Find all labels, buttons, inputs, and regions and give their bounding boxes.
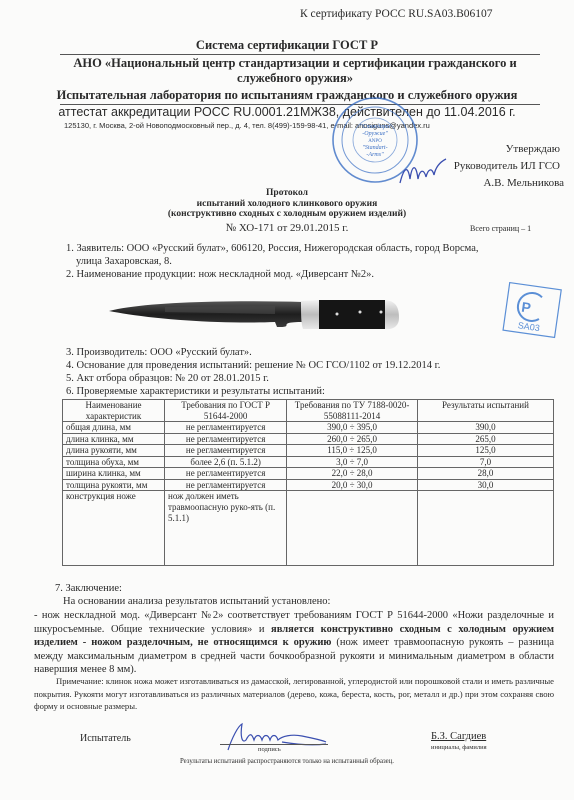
conclusion-intro: На основании анализа результатов испытан… xyxy=(63,596,330,607)
certificate-reference: К сертификату РОСС RU.SA03.B06107 xyxy=(300,8,493,20)
item-list-bottom: 3. Производитель: ООО «Русский булат». 4… xyxy=(66,346,556,398)
svg-text:-Оружие": -Оружие" xyxy=(362,131,388,137)
result-cell: 265,0 xyxy=(417,433,553,445)
result-cell: 125,0 xyxy=(417,445,553,457)
tu-requirement-cell: 390,0 ÷ 395,0 xyxy=(287,422,418,434)
tu-requirement-cell: 115,0 ÷ 125,0 xyxy=(287,445,418,457)
table-row: длина клинка, ммне регламентируется260,0… xyxy=(63,433,554,445)
protocol-subtitle-2: (конструктивно сходных с холодным оружие… xyxy=(0,209,574,220)
table-row: длина рукояти, ммне регламентируется115,… xyxy=(63,445,554,457)
tester-label: Испытатель xyxy=(80,733,131,744)
gost-requirement-cell: более 2,6 (п. 5.1.2) xyxy=(165,456,287,468)
signature-caption: подпись xyxy=(258,746,281,753)
gost-requirement-cell: не регламентируется xyxy=(165,433,287,445)
certification-system-title: Система сертификации ГОСТ Р xyxy=(0,38,574,53)
column-header: Требования по ГОСТ Р 51644-2000 xyxy=(165,400,287,422)
svg-text:ANPO: ANPO xyxy=(368,139,382,144)
sampling-item: 5. Акт отбора образцов: № 20 от 28.01.20… xyxy=(66,372,556,385)
table-header-row: Наименование характеристик Требования по… xyxy=(63,400,554,422)
header-rule xyxy=(60,54,540,55)
manufacturer-item: 3. Производитель: ООО «Русский булат». xyxy=(66,346,556,359)
result-cell: 390,0 xyxy=(417,422,553,434)
accreditation-line: аттестат аккредитации РОСС RU.0001.21МЖ3… xyxy=(0,105,574,119)
tu-requirement-cell: 20,0 ÷ 30,0 xyxy=(287,479,418,491)
svg-text:P: P xyxy=(520,299,531,316)
gost-requirement-cell: не регламентируется xyxy=(165,468,287,480)
gost-requirement-cell: не регламентируется xyxy=(165,479,287,491)
gost-requirement-cell: не регламентируется xyxy=(165,445,287,457)
tu-requirement-cell: 3,0 ÷ 7,0 xyxy=(287,456,418,468)
result-cell xyxy=(417,491,553,566)
column-header: Требования по ТУ 7188-0020-55088111-2014 xyxy=(287,400,418,422)
characteristic-cell: длина рукояти, мм xyxy=(63,445,165,457)
basis-item: 4. Основание для проведения испытаний: р… xyxy=(66,359,556,372)
applicant-item-cont: улица Захаровская, 8. xyxy=(66,255,556,268)
tester-name-caption: инициалы, фамилия xyxy=(431,744,487,751)
tester-name: Б.З. Сагдиев xyxy=(431,731,486,742)
product-item: 2. Наименование продукции: нож нескладно… xyxy=(66,268,556,281)
column-header: Результаты испытаний xyxy=(417,400,553,422)
item-list-top: 1. Заявитель: ООО «Русский булат», 60612… xyxy=(66,242,556,281)
table-row: конструкция ноженож должен иметь травмоо… xyxy=(63,491,554,566)
table-row: общая длина, ммне регламентируется390,0 … xyxy=(63,422,554,434)
specs-table: Наименование характеристик Требования по… xyxy=(62,399,554,566)
gost-mark-code: SA03 xyxy=(517,320,540,333)
tu-requirement-cell xyxy=(287,491,418,566)
applicant-item: 1. Заявитель: ООО «Русский булат», 60612… xyxy=(66,242,556,255)
characteristic-cell: толщина обуха, мм xyxy=(63,456,165,468)
result-cell: 28,0 xyxy=(417,468,553,480)
characteristic-cell: ширина клинка, мм xyxy=(63,468,165,480)
signature-line xyxy=(220,744,328,745)
stamp-text: "Стандарт xyxy=(360,123,391,130)
tested-item: 6. Проверяемые характеристики и результа… xyxy=(66,385,556,398)
approval-position: Руководитель ИЛ ГСО xyxy=(440,158,560,175)
protocol-title: Протокол xyxy=(0,188,574,199)
footer-note: Результаты испытаний распространяются то… xyxy=(0,758,574,765)
characteristic-cell: длина клинка, мм xyxy=(63,433,165,445)
conclusion-note: Примечание: клинок ножа может изготавлив… xyxy=(34,675,554,713)
gost-requirement-cell: не регламентируется xyxy=(165,422,287,434)
table-row: ширина клинка, ммне регламентируется22,0… xyxy=(63,468,554,480)
svg-text:"Standart-: "Standart- xyxy=(362,145,387,151)
result-cell: 30,0 xyxy=(417,479,553,491)
approval-block: Утверждаю Руководитель ИЛ ГСО xyxy=(440,141,560,175)
gost-requirement-cell: нож должен иметь травмоопасную руко-ять … xyxy=(165,491,287,566)
svg-text:-Arms": -Arms" xyxy=(366,152,384,158)
gost-conformity-mark-icon: P SA03 xyxy=(500,282,564,340)
conclusion-heading: 7. Заключение: xyxy=(55,583,122,594)
characteristic-cell: общая длина, мм xyxy=(63,422,165,434)
page-count: Всего страниц – 1 xyxy=(470,224,531,233)
conclusion-body: - нож нескладной мод. «Диверсант №2» соо… xyxy=(34,609,554,677)
laboratory-name: Испытательная лаборатория по испытаниям … xyxy=(0,88,574,103)
characteristic-cell: конструкция ноже xyxy=(63,491,165,566)
characteristic-cell: толщина рукояти, мм xyxy=(63,479,165,491)
knife-image-icon xyxy=(105,294,405,339)
table-row: толщина рукояти, ммне регламентируется20… xyxy=(63,479,554,491)
tu-requirement-cell: 22,0 ÷ 28,0 xyxy=(287,468,418,480)
approval-label: Утверждаю xyxy=(440,141,560,158)
column-header: Наименование характеристик xyxy=(63,400,165,422)
table-row: толщина обуха, ммболее 2,6 (п. 5.1.2)3,0… xyxy=(63,456,554,468)
organization-name: АНО «Национальный центр стандартизации и… xyxy=(60,56,530,86)
tu-requirement-cell: 260,0 ÷ 265,0 xyxy=(287,433,418,445)
result-cell: 7,0 xyxy=(417,456,553,468)
